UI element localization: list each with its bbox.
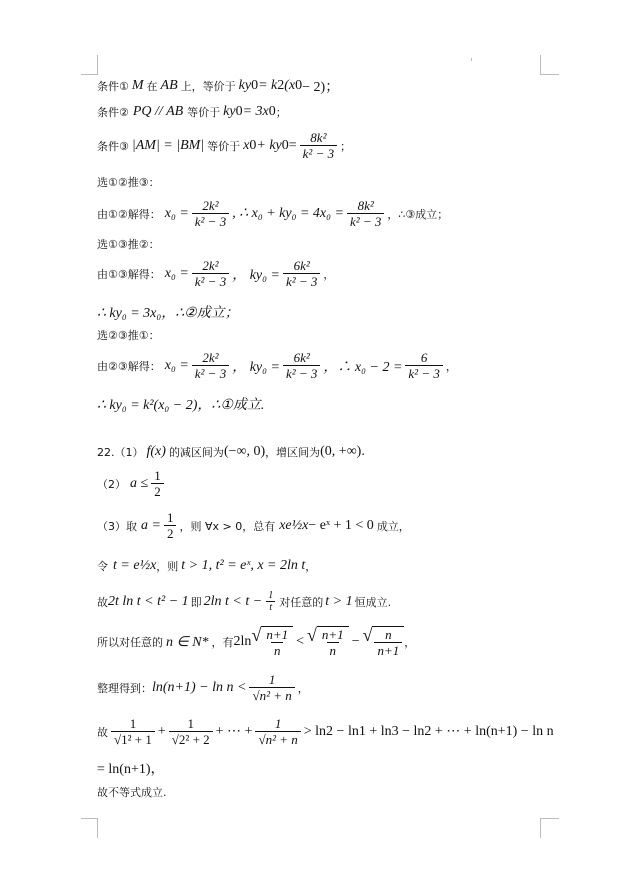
label: 由②③解得： (97, 358, 161, 374)
fraction: 1t (265, 590, 276, 613)
problem-22-part-3: （3）取 a = 12 ，则 ∀x > 0，总有 xe½x − eˣ + 1 <… (97, 510, 410, 541)
label: 所以对任意的 (97, 634, 163, 650)
text: 恒成立. (355, 594, 392, 610)
problem-22-part-1: 22.（1） f(x) 的减区间为 (−∞, 0) ，增区间为 (0, +∞) … (97, 444, 365, 460)
math: , ∴ x₀ + ky₀ = 4x₀ = (232, 205, 344, 222)
case-heading-1: 选①②推③： (97, 174, 160, 190)
label: （3）取 (97, 518, 137, 534)
text: 即 (191, 594, 202, 610)
text: 等价于 (207, 138, 240, 154)
math: f(x) (147, 444, 166, 460)
label: 故 (97, 594, 108, 610)
fraction: 1√1² + 1 (111, 716, 155, 747)
page-corner-mark-top-left (81, 55, 98, 75)
math: x₀ = (165, 358, 189, 374)
math: PQ // AB (133, 104, 183, 120)
math: − (352, 634, 360, 650)
math: − eˣ + 1 < 0 (308, 518, 373, 534)
text: ，有 (212, 634, 234, 650)
fraction: 8k²k² − 3 (300, 130, 337, 161)
case-heading-3: 选②③推①： (97, 327, 160, 343)
math: (0, +∞) (320, 444, 361, 460)
page-corner-mark-bottom-right (540, 818, 559, 838)
math: x₀ = (165, 266, 189, 282)
math: ky (223, 104, 235, 120)
math: M (132, 78, 144, 94)
math: ln(n+1) − ln n < (152, 680, 246, 696)
math: 2 (277, 78, 284, 94)
math: < (296, 634, 304, 650)
math: (−∞, 0) (224, 444, 265, 460)
math: ky (239, 78, 251, 94)
text: ， (323, 266, 334, 282)
label: 条件③ (97, 138, 129, 154)
fraction: 2k²k² − 3 (192, 350, 229, 381)
text: ，则 ∀x > 0，总有 (179, 518, 275, 534)
label: 条件① (97, 78, 129, 94)
math: − 2)； (302, 76, 339, 96)
fraction: 1√n² + n (249, 672, 294, 703)
math: t > 1 (325, 594, 352, 610)
fraction: 1√2² + 2 (169, 716, 213, 747)
label: 整理得到： (97, 680, 152, 696)
fraction: 2k²k² − 3 (192, 258, 229, 289)
condition-1-line: 条件① M 在 AB 上，等价于 ky0 = k2 (x0 − 2)； (97, 76, 339, 96)
page-corner-mark-bottom-left (81, 818, 98, 838)
label: 由①②解得： (97, 206, 161, 222)
math: . (361, 444, 365, 460)
math: t > 1, t² = eˣ, x = 2ln t (181, 558, 305, 574)
label: （2） (97, 476, 126, 492)
math: a ≤ (130, 476, 148, 492)
math: |AM| = |BM| (132, 138, 204, 154)
math: 0 (249, 138, 256, 154)
math: ½x (292, 518, 309, 534)
text: 的减区间为 (169, 444, 224, 460)
fraction: 6k²k² − 3 (283, 258, 320, 289)
math: = ln(n+1)， (97, 758, 165, 778)
math: ½x (140, 558, 157, 574)
math: a = (141, 518, 161, 534)
math: n ∈ N* (166, 634, 209, 651)
text: ， (305, 558, 316, 574)
problem-22-part-2: （2） a ≤ 12 (97, 468, 167, 499)
label: 故 (97, 724, 108, 740)
label: 令 (97, 558, 108, 574)
math: x₀ = (165, 206, 189, 222)
math: t = e (113, 558, 140, 574)
fraction: 12 (151, 468, 164, 499)
math: 0 (251, 78, 258, 94)
text: ， (404, 634, 415, 650)
fraction: 2k²k² − 3 (192, 198, 229, 229)
simplified-line: 整理得到： ln(n+1) − ln n < 1√n² + n ， (97, 672, 309, 703)
conclusion-line-3: ∴ ky₀ = k²(x₀ − 2)，∴①成立. (97, 394, 264, 414)
math: ，∴ x₀ − 2 = (323, 356, 402, 376)
solution-line-1: 由①②解得： x₀ = 2k²k² − 3 , ∴ x₀ + ky₀ = 4x₀… (97, 198, 448, 229)
condition-2-line: 条件② PQ // AB 等价于 ky0 = 3x0 ； (97, 104, 287, 120)
sqrt-inequality-line: 所以对任意的 n ∈ N* ，有 2ln √n+1n < √n+1n − √nn… (97, 626, 415, 658)
text: ，∴③成立； (387, 206, 448, 222)
math: AB (161, 78, 178, 94)
text: 选②③推①： (97, 327, 160, 343)
math: (x (284, 78, 295, 94)
text: 对任意的 (279, 594, 323, 610)
math: xe (279, 518, 291, 534)
text: ，则 (156, 558, 178, 574)
substitution-line: 令 t = e½x ，则 t > 1, t² = eˣ, x = 2ln t ， (97, 558, 316, 574)
math: + ⋯ + (216, 723, 253, 740)
text: ； (276, 104, 287, 120)
label: 由①③解得： (97, 266, 161, 282)
square-root: √n+1n (307, 626, 349, 658)
math: > ln2 − ln1 + ln3 − ln2 + ⋯ + ln(n+1) − … (304, 723, 554, 740)
solution-line-3: 由②③解得： x₀ = 2k²k² − 3 ， ky₀ = 6k²k² − 3 … (97, 350, 457, 381)
math: 2ln (234, 634, 252, 650)
text: 成立， (377, 518, 410, 534)
fraction: 1√n² + n (255, 716, 300, 747)
sum-inequality-line: 故 1√1² + 1 + 1√2² + 2 + ⋯ + 1√n² + n > l… (97, 716, 554, 747)
page-corner-mark-top-right (540, 55, 559, 75)
text: 上，等价于 (181, 78, 236, 94)
case-heading-2: 选①③推②： (97, 236, 160, 252)
fraction: 6k² − 3 (405, 350, 442, 381)
text: ， (446, 358, 457, 374)
fraction: 6k²k² − 3 (283, 350, 320, 381)
math: 0 (269, 104, 276, 120)
math: ∴ ky₀ = k²(x₀ − 2)，∴①成立. (97, 394, 264, 414)
fraction: 8k²k² − 3 (347, 198, 384, 229)
math: 0 (282, 138, 289, 154)
text: 故不等式成立. (97, 784, 167, 800)
final-conclusion: 故不等式成立. (97, 784, 167, 800)
conclusion-line-2: ∴ ky₀ = 3x₀，∴②成立； (97, 302, 239, 322)
condition-3-line: 条件③ |AM| = |BM| 等价于 x0 + ky0 = 8k²k² − 3… (97, 130, 351, 161)
math: + (158, 724, 166, 740)
text: ， (298, 680, 309, 696)
math: ， ky₀ = (232, 356, 280, 376)
math: ∴ ky₀ = 3x₀，∴②成立； (97, 302, 239, 322)
math: = 3x (243, 104, 269, 120)
result-line: = ln(n+1)， (97, 758, 165, 778)
math: 0 (295, 78, 302, 94)
math: 2t ln t < t² − 1 (108, 594, 189, 610)
text: ； (340, 138, 351, 154)
fraction: 12 (164, 510, 177, 541)
math: = (289, 138, 297, 154)
math: + ky (256, 138, 281, 154)
solution-line-2: 由①③解得： x₀ = 2k²k² − 3 ， ky₀ = 6k²k² − 3 … (97, 258, 334, 289)
math: 0 (236, 104, 243, 120)
text: 选①③推②： (97, 236, 160, 252)
text: 选①②推③： (97, 174, 160, 190)
math: 2ln t < t − (204, 594, 263, 610)
inequality-line: 故 2t ln t < t² − 1 即 2ln t < t − 1t 对任意的… (97, 590, 391, 613)
label: 条件② (97, 104, 129, 120)
header-tick-mark (471, 58, 472, 61)
math: ， ky₀ = (232, 264, 280, 284)
square-root: √nn+1 (363, 626, 405, 658)
text: ，增区间为 (265, 444, 320, 460)
text: 等价于 (187, 104, 220, 120)
square-root: √n+1n (251, 626, 293, 658)
text: 在 (147, 78, 158, 94)
math: = k (258, 78, 277, 94)
label: 22.（1） (97, 444, 144, 460)
document-page: 条件① M 在 AB 上，等价于 ky0 = k2 (x0 − 2)； 条件② … (0, 0, 634, 870)
